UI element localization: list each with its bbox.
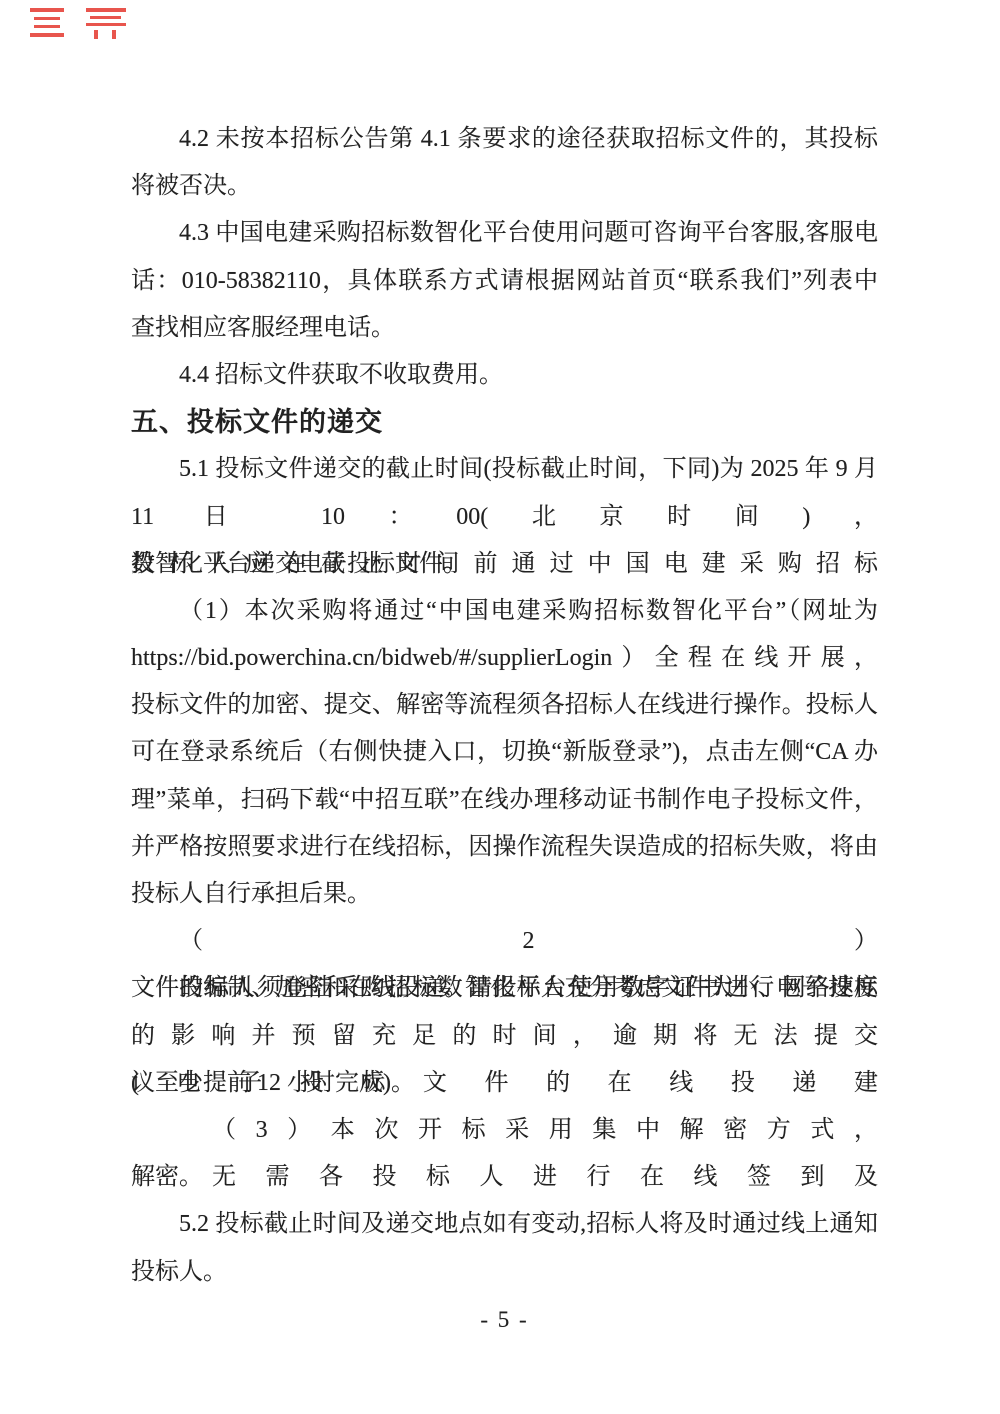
doc-line: 5.1 投标文件递交的截止时间(投标截止时间，下同)为 2025 年 9 月 — [131, 446, 878, 493]
document-text-lines: 4.2 未按本招标公告第 4.1 条要求的途径获取招标文件的，其投标将被否决。4… — [131, 116, 878, 1296]
doc-line: 的影响并预留充足的时间，逾期将无法提交(电子投标文件的在线投递建 — [131, 1013, 878, 1060]
doc-line: 4.3 中国电建采购招标数智化平台使用问题可咨询平台客服,客服电 — [131, 210, 878, 257]
doc-line: 将被否决。 — [131, 163, 878, 210]
doc-line: https://bid.powerchina.cn/bidweb/#/suppl… — [131, 635, 878, 682]
doc-line: （2）投标人须登陆采购招标数智化平台使用数字证书进行电子投标 — [131, 918, 878, 965]
doc-line: （3）本次开标采用集中解密方式，无需各投标人进行在线签到及 — [131, 1107, 878, 1154]
doc-line: 投标文件的加密、提交、解密等流程须各招标人在线进行操作。投标人 — [131, 682, 878, 729]
doc-line: 投标人自行承担后果。 — [131, 871, 878, 918]
doc-line: 查找相应客服经理电话。 — [131, 305, 878, 352]
doc-line: 并严格按照要求进行在线招标，因操作流程失误造成的招标失败，将由 — [131, 824, 878, 871]
doc-line: 5.2 投标截止时间及递交地点如有变动,招标人将及时通过线上通知 — [131, 1201, 878, 1248]
doc-line: 文件的编制、加密和在线投递。请投标人充分考虑文件大小、网络速度 — [131, 965, 878, 1012]
doc-line: 4.4 招标文件获取不收取费用。 — [131, 352, 878, 399]
document-page: 4.2 未按本招标公告第 4.1 条要求的途径获取招标文件的，其投标将被否决。4… — [0, 0, 1000, 1414]
red-corner-glyphs-icon — [28, 6, 132, 45]
doc-line: 投标人。 — [131, 1249, 878, 1296]
document-body: 4.2 未按本招标公告第 4.1 条要求的途径获取招标文件的，其投标将被否决。4… — [131, 116, 878, 1343]
doc-line: 理”菜单，扫码下载“中招互联”在线办理移动证书制作电子投标文件， — [131, 777, 878, 824]
section-heading: 五、投标文件的递交 — [131, 399, 878, 446]
doc-line: 4.2 未按本招标公告第 4.1 条要求的途径获取招标文件的，其投标 — [131, 116, 878, 163]
page-number: - 5 - — [131, 1296, 878, 1343]
doc-line: 11 日 10：00(北京时间)，投标人应在截止时间前通过中国电建采购招标 — [131, 494, 878, 541]
doc-line: （1）本次采购将通过“中国电建采购招标数智化平台”（网址为 — [131, 588, 878, 635]
doc-line: 话：010-58382110，具体联系方式请根据网站首页“联系我们”列表中 — [131, 258, 878, 305]
doc-line: 可在登录系统后（右侧快捷入口，切换“新版登录”)，点击左侧“CA 办 — [131, 729, 878, 776]
